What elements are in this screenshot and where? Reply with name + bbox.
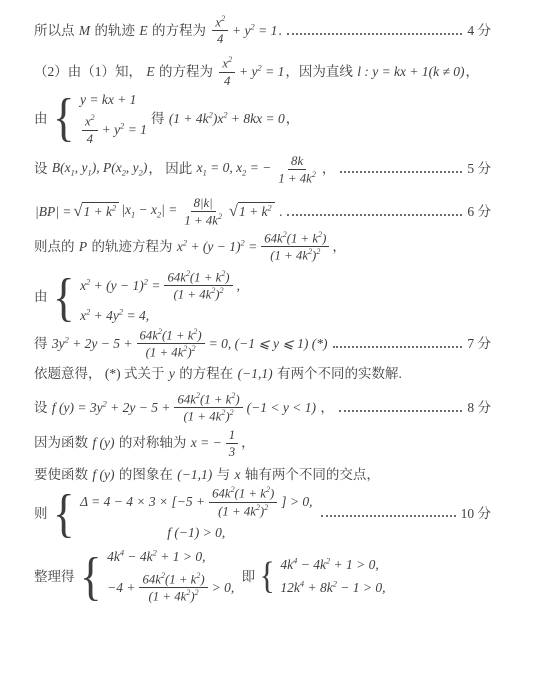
dotted-leader xyxy=(340,171,462,173)
superscript: 2 xyxy=(153,549,157,558)
superscript: 2 xyxy=(86,308,90,317)
square-root: √1 + k2 xyxy=(229,202,275,221)
superscript: 2 xyxy=(186,588,190,597)
math-run: x2 + (y − 1)2 = xyxy=(177,238,257,256)
fraction: 8k1 + 4k2 xyxy=(275,153,319,186)
solution-line: 由{x2 + (y − 1)2 =64k2(1 + k2)(1 + 4k2)2,… xyxy=(34,269,491,325)
subscript: 1 xyxy=(71,169,75,178)
text-run: ， xyxy=(241,434,255,452)
fraction-numerator: 64k2(1 + k2) xyxy=(261,230,329,247)
superscript: 2 xyxy=(218,212,222,221)
text-run: 的方程为 xyxy=(156,63,217,81)
square-root: √1 + k2 xyxy=(73,202,119,221)
math-run: 12k4 + 8k2 − 1 > 0, xyxy=(280,579,385,597)
text-run: 由 xyxy=(34,110,48,128)
dotted-leader xyxy=(333,346,462,348)
text-run: 要使函数 xyxy=(34,466,91,484)
solution-line: 由{y = kx + 1x24+ y2 = 1得 (1 + 4k2)x2 + 8… xyxy=(34,91,491,147)
fraction: 64k2(1 + k2)(1 + 4k2)2 xyxy=(164,269,232,303)
text-run: ， xyxy=(322,160,336,178)
superscript: 2 xyxy=(308,247,312,256)
fraction-numerator: 64k2(1 + k2) xyxy=(209,485,277,502)
equation-system: {y = kx + 1x24+ y2 = 1 xyxy=(51,91,148,147)
text-run: 依题意得， (*) 式关于 xyxy=(34,365,168,383)
fraction-numerator: 8|k| xyxy=(191,195,216,212)
system-row: 4k4 − 4k2 + 1 > 0, xyxy=(279,556,379,574)
text-run: ， xyxy=(286,110,300,128)
dotted-leader xyxy=(339,410,463,412)
equation-system: {4k4 − 4k2 + 1 > 0,12k4 + 8k2 − 1 > 0, xyxy=(258,556,386,596)
text-run: ， xyxy=(466,63,480,81)
radical-icon: √ xyxy=(229,202,238,219)
superscript: 2 xyxy=(103,400,107,409)
radical-icon: √ xyxy=(73,202,82,219)
solution-line: 因为函数 f (y) 的对称轴为 x = −13， xyxy=(34,427,491,460)
superscript: 4 xyxy=(293,557,297,566)
superscript: 2 xyxy=(196,571,200,580)
superscript: 2 xyxy=(231,485,235,494)
superscript: 2 xyxy=(258,64,262,73)
system-row: −4 +64k2(1 + k2)(1 + 4k2)2> 0, xyxy=(106,571,235,605)
text-run: 的轨迹 xyxy=(91,22,138,40)
math-run: f (y) xyxy=(92,466,114,484)
score-label: 4 分 xyxy=(467,22,491,40)
math-run: + y2 = 1 xyxy=(239,63,284,81)
text-run: 整理得 xyxy=(34,568,75,586)
subscript: 2 xyxy=(139,169,143,178)
fraction-denominator: (1 + 4k2)2 xyxy=(170,286,226,302)
text-run: 的方程为 xyxy=(149,22,210,40)
fraction: 64k2(1 + k2)(1 + 4k2)2 xyxy=(261,230,329,264)
superscript: 2 xyxy=(220,286,224,295)
fraction-denominator: 4 xyxy=(84,131,96,147)
math-run: y xyxy=(169,365,175,383)
superscript: 2 xyxy=(196,391,200,400)
math-run: −4 + xyxy=(107,579,135,597)
solution-line: 得 3y2 + 2y − 5 +64k2(1 + k2)(1 + 4k2)2= … xyxy=(34,327,491,361)
equation-system: {Δ = 4 − 4 × 3 × [−5 +64k2(1 + k2)(1 + 4… xyxy=(51,485,314,541)
math-run: (−1 < y < 1) xyxy=(247,399,316,417)
math-run: x = − xyxy=(191,434,222,452)
score-label: 8 分 xyxy=(467,399,491,417)
fraction: x24 xyxy=(219,55,235,88)
text-run: . xyxy=(278,22,281,40)
system-row: 4k4 − 4k2 + 1 > 0, xyxy=(106,548,206,566)
superscript: 2 xyxy=(256,503,260,512)
brace-icon: { xyxy=(259,556,275,596)
text-run: 得 xyxy=(34,335,51,353)
fraction-denominator: 4 xyxy=(221,73,233,89)
math-run: l : y = kx + 1(k ≠ 0) xyxy=(357,63,464,81)
score-label: 10 分 xyxy=(461,505,491,523)
superscript: 2 xyxy=(211,286,215,295)
fraction-numerator: 1 xyxy=(226,427,238,444)
subscript: 2 xyxy=(122,169,126,178)
superscript: 2 xyxy=(318,230,322,239)
subscript: 2 xyxy=(242,169,246,178)
text-run: 的对称轴为 xyxy=(115,434,189,452)
equation-system: {x2 + (y − 1)2 =64k2(1 + k2)(1 + 4k2)2,x… xyxy=(51,269,241,325)
text-run: 的轨迹方程为 xyxy=(88,238,176,256)
fraction-denominator: 1 + 4k2 xyxy=(275,170,319,186)
superscript: 2 xyxy=(221,269,225,278)
fraction-numerator: 64k2(1 + k2) xyxy=(137,327,205,344)
system-row: x2 + (y − 1)2 =64k2(1 + k2)(1 + 4k2)2, xyxy=(79,269,241,303)
math-run: M xyxy=(79,22,90,40)
math-run: , xyxy=(237,277,240,295)
math-run: E xyxy=(146,63,154,81)
text-run: ， xyxy=(317,399,334,417)
math-run: f (−1) > 0, xyxy=(167,524,225,542)
fraction: x24 xyxy=(212,14,228,47)
text-run: 设 xyxy=(34,160,51,178)
math-run: 4k4 − 4k2 + 1 > 0, xyxy=(280,556,378,574)
solution-line: |BP| =√1 + k2|x1 − x2| =8|k|1 + 4k2√1 + … xyxy=(34,195,491,228)
subscript: 2 xyxy=(157,211,161,220)
math-run: + y2 = 1 xyxy=(232,22,277,40)
text-run: 则点的 xyxy=(34,238,78,256)
brace-icon: { xyxy=(52,91,74,147)
fraction: 8|k|1 + 4k2 xyxy=(181,195,225,228)
fraction-denominator: (1 + 4k2)2 xyxy=(143,344,199,360)
fraction-numerator: 8k xyxy=(288,153,306,170)
fraction-denominator: 1 + 4k2 xyxy=(181,212,225,228)
equation-system: {4k4 − 4k2 + 1 > 0,−4 +64k2(1 + k2)(1 + … xyxy=(78,548,236,604)
math-run: ] > 0, xyxy=(281,493,312,511)
system-rows: x2 + (y − 1)2 =64k2(1 + k2)(1 + 4k2)2,x2… xyxy=(79,269,241,325)
system-row: Δ = 4 − 4 × 3 × [−5 +64k2(1 + k2)(1 + 4k… xyxy=(79,485,313,519)
subscript: 1 xyxy=(131,211,135,220)
fraction-numerator: 64k2(1 + k2) xyxy=(139,571,207,588)
superscript: 2 xyxy=(183,239,187,248)
system-rows: 4k4 − 4k2 + 1 > 0,12k4 + 8k2 − 1 > 0, xyxy=(279,556,386,596)
superscript: 2 xyxy=(186,269,190,278)
text-run: 所以点 xyxy=(34,22,78,40)
superscript: 2 xyxy=(209,110,213,119)
superscript: 2 xyxy=(333,579,337,588)
superscript: 2 xyxy=(223,110,227,119)
superscript: 2 xyxy=(231,391,235,400)
fraction-denominator: (1 + 4k2)2 xyxy=(267,247,323,263)
fraction-numerator: x2 xyxy=(82,113,98,130)
math-run: B(x1, y1), P(x2, y2) xyxy=(52,159,147,180)
math-run: > 0, xyxy=(212,579,235,597)
superscript: 2 xyxy=(158,327,162,336)
superscript: 2 xyxy=(86,277,90,286)
math-run: (−1,1) xyxy=(238,365,273,383)
solution-line: 设 f (y) = 3y2 + 2y − 5 +64k2(1 + k2)(1 +… xyxy=(34,391,491,425)
text-run: 则 xyxy=(34,505,48,523)
score-label: 6 分 xyxy=(467,203,491,221)
solution-line: （2）由（1）知， E 的方程为 x24+ y2 = 1，因为直线 l : y … xyxy=(34,55,491,88)
fraction: x24 xyxy=(82,113,98,146)
superscript: 2 xyxy=(221,408,225,417)
solution-line: 设 B(x1, y1), P(x2, y2)， 因此 x1 = 0, x2 = … xyxy=(34,153,491,186)
solution-line: 则{Δ = 4 − 4 × 3 × [−5 +64k2(1 + k2)(1 + … xyxy=(34,485,491,541)
document-page: 所以点 M 的轨迹 E 的方程为 x24+ y2 = 1.4 分（2）由（1）知… xyxy=(0,0,547,692)
superscript: 2 xyxy=(264,503,268,512)
math-run: (1 + 4k2)x2 + 8kx = 0 xyxy=(169,110,285,128)
superscript: 2 xyxy=(326,557,330,566)
math-run: = 0, (−1 ⩽ y ⩽ 1) (*) xyxy=(209,335,328,353)
fraction-denominator: (1 + 4k2)2 xyxy=(181,408,237,424)
fraction-denominator: (1 + 4k2)2 xyxy=(146,588,202,604)
text-run: 有两个不同的实数解. xyxy=(274,365,402,383)
fraction-denominator: (1 + 4k2)2 xyxy=(215,503,271,519)
brace-icon: { xyxy=(79,548,101,604)
math-run: f (y) xyxy=(92,434,114,452)
text-run: 的方程在 xyxy=(176,365,237,383)
score-label: 5 分 xyxy=(467,160,491,178)
solution-line: 则点的 P 的轨迹方程为 x2 + (y − 1)2 =64k2(1 + k2)… xyxy=(34,230,491,264)
superscript: 2 xyxy=(112,204,116,213)
text-run: 设 xyxy=(34,399,51,417)
system-row: 12k4 + 8k2 − 1 > 0, xyxy=(279,579,386,597)
superscript: 2 xyxy=(119,308,123,317)
superscript: 2 xyxy=(120,122,124,131)
fraction-numerator: 64k2(1 + k2) xyxy=(164,269,232,286)
text-run: 即 xyxy=(238,568,255,586)
text-run: ， 因此 xyxy=(148,160,195,178)
math-run: |BP| = xyxy=(35,203,71,221)
fraction-numerator: 64k2(1 + k2) xyxy=(174,391,242,408)
fraction: 13 xyxy=(226,427,238,460)
math-run: 4k4 − 4k2 + 1 > 0, xyxy=(107,548,205,566)
system-row: x24+ y2 = 1 xyxy=(79,113,148,146)
system-rows: Δ = 4 − 4 × 3 × [−5 +64k2(1 + k2)(1 + 4k… xyxy=(79,485,313,541)
system-row: x2 + 4y2 = 4, xyxy=(79,307,150,325)
text-run: 轴有两个不同的交点， xyxy=(241,466,379,484)
math-run: E xyxy=(139,22,147,40)
text-run: （2）由（1）知， xyxy=(34,63,145,81)
text-run: . xyxy=(276,203,283,221)
system-rows: y = kx + 1x24+ y2 = 1 xyxy=(79,91,148,147)
superscript: 2 xyxy=(65,335,69,344)
math-run: (−1,1) xyxy=(177,466,212,484)
system-row: y = kx + 1 xyxy=(79,91,137,109)
superscript: 2 xyxy=(283,230,287,239)
text-run: ，因为直线 xyxy=(285,63,356,81)
math-run: x xyxy=(234,466,240,484)
fraction-numerator: x2 xyxy=(212,14,228,31)
text-run: 得 xyxy=(151,110,168,128)
system-row: f (−1) > 0, xyxy=(166,524,226,542)
math-run: f (y) = 3y2 + 2y − 5 + xyxy=(52,399,171,417)
solution-line: 整理得{4k4 − 4k2 + 1 > 0,−4 +64k2(1 + k2)(1… xyxy=(34,548,491,604)
math-run: x2 + 4y2 = 4, xyxy=(80,307,149,325)
superscript: 2 xyxy=(193,327,197,336)
fraction-numerator: x2 xyxy=(219,55,235,72)
solution-line: 要使函数 f (y) 的图象在 (−1,1) 与 x 轴有两个不同的交点， xyxy=(34,466,491,484)
superscript: 2 xyxy=(266,485,270,494)
fraction-denominator: 3 xyxy=(226,444,238,460)
dotted-leader xyxy=(287,33,463,35)
superscript: 2 xyxy=(195,588,199,597)
superscript: 2 xyxy=(312,170,316,179)
superscript: 2 xyxy=(221,14,225,23)
superscript: 2 xyxy=(251,22,255,31)
fraction: 64k2(1 + k2)(1 + 4k2)2 xyxy=(137,327,205,361)
superscript: 2 xyxy=(241,239,245,248)
superscript: 2 xyxy=(230,408,234,417)
superscript: 2 xyxy=(144,277,148,286)
dotted-leader xyxy=(287,214,462,216)
radicand: 1 + k2 xyxy=(238,202,275,221)
math-run: x2 + (y − 1)2 = xyxy=(80,277,160,295)
fraction: 64k2(1 + k2)(1 + 4k2)2 xyxy=(174,391,242,425)
math-run: x1 = 0, x2 = − xyxy=(197,159,272,180)
math-run: Δ = 4 − 4 × 3 × [−5 + xyxy=(80,493,205,511)
superscript: 4 xyxy=(120,549,124,558)
subscript: 1 xyxy=(203,169,207,178)
solution-line: 依题意得， (*) 式关于 y 的方程在 (−1,1) 有两个不同的实数解. xyxy=(34,365,491,383)
superscript: 2 xyxy=(91,113,95,122)
fraction: 64k2(1 + k2)(1 + 4k2)2 xyxy=(139,571,207,605)
text-run: 的图象在 xyxy=(115,466,176,484)
fraction-denominator: 4 xyxy=(214,31,226,47)
text-run: 由 xyxy=(34,288,48,306)
text-run: 因为函数 xyxy=(34,434,91,452)
math-run: |x1 − x2| = xyxy=(121,201,177,222)
superscript: 2 xyxy=(183,344,187,353)
dotted-leader xyxy=(321,515,455,517)
solution-line: 所以点 M 的轨迹 E 的方程为 x24+ y2 = 1.4 分 xyxy=(34,14,491,47)
math-run: + y2 = 1 xyxy=(102,121,147,139)
score-label: 7 分 xyxy=(467,335,491,353)
fraction: 64k2(1 + k2)(1 + 4k2)2 xyxy=(209,485,277,519)
radicand: 1 + k2 xyxy=(82,202,119,221)
text-run: 与 xyxy=(213,466,233,484)
superscript: 2 xyxy=(316,247,320,256)
math-run: y = kx + 1 xyxy=(80,91,136,109)
superscript: 2 xyxy=(161,571,165,580)
superscript: 4 xyxy=(300,579,304,588)
superscript: 2 xyxy=(268,204,272,213)
system-rows: 4k4 − 4k2 + 1 > 0,−4 +64k2(1 + k2)(1 + 4… xyxy=(106,548,235,604)
brace-icon: { xyxy=(52,485,74,541)
brace-icon: { xyxy=(52,269,74,325)
math-run: P xyxy=(79,238,87,256)
superscript: 2 xyxy=(228,55,232,64)
superscript: 2 xyxy=(192,344,196,353)
math-run: 3y2 + 2y − 5 + xyxy=(52,335,133,353)
subscript: 1 xyxy=(88,169,92,178)
text-run: ， xyxy=(332,238,346,256)
